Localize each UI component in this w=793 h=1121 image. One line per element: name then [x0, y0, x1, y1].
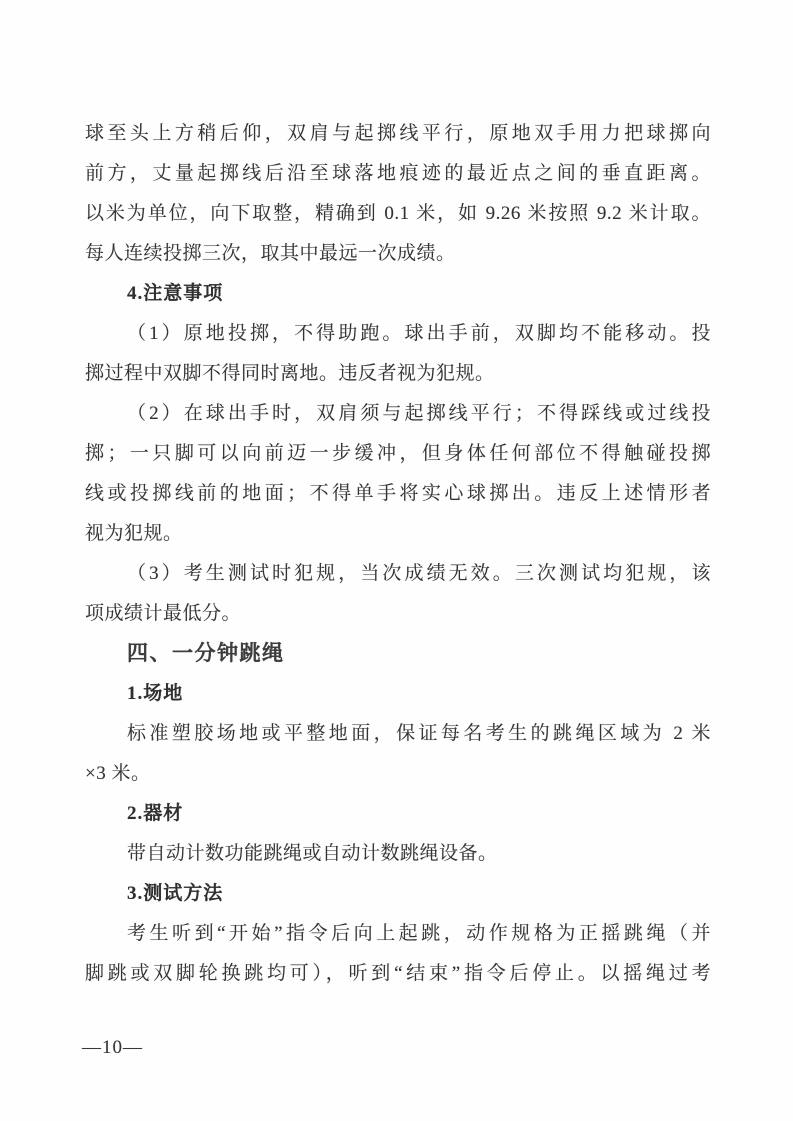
- text-line: 项成绩计最低分。: [85, 594, 711, 634]
- section-heading-line: 四、一分钟跳绳: [85, 634, 711, 674]
- text-line: 球至头上方稍后仰，双肩与起掷线平行，原地双手用力把球掷向: [85, 114, 711, 154]
- subheading-line: 3.测试方法: [85, 874, 711, 914]
- text-line: 掷过程中双脚不得同时离地。违反者视为犯规。: [85, 354, 711, 394]
- scanned-document-page: 球至头上方稍后仰，双肩与起掷线平行，原地双手用力把球掷向前方，丈量起掷线后沿至球…: [0, 0, 793, 1121]
- text-line: ×3 米。: [85, 754, 711, 794]
- subheading-line: 1.场地: [85, 674, 711, 714]
- text-line: （2）在球出手时，双肩须与起掷线平行；不得踩线或过线投: [85, 394, 711, 434]
- subheading-line: 4.注意事项: [85, 274, 711, 314]
- text-line: 线或投掷线前的地面；不得单手将实心球掷出。违反上述情形者: [85, 474, 711, 514]
- text-line: 掷；一只脚可以向前迈一步缓冲，但身体任何部位不得触碰投掷: [85, 434, 711, 474]
- subheading-line: 2.器材: [85, 794, 711, 834]
- text-line: （3）考生测试时犯规，当次成绩无效。三次测试均犯规，该: [85, 554, 711, 594]
- page-number: —10—: [82, 1032, 143, 1064]
- text-line: 脚跳或双脚轮换跳均可），听到“结束”指令后停止。以摇绳过考: [85, 954, 711, 994]
- document-text-block: 球至头上方稍后仰，双肩与起掷线平行，原地双手用力把球掷向前方，丈量起掷线后沿至球…: [85, 114, 711, 994]
- text-line: 带自动计数功能跳绳或自动计数跳绳设备。: [85, 834, 711, 874]
- text-line: （1）原地投掷，不得助跑。球出手前，双脚均不能移动。投: [85, 314, 711, 354]
- text-line: 视为犯规。: [85, 514, 711, 554]
- text-line: 以米为单位，向下取整，精确到 0.1 米，如 9.26 米按照 9.2 米计取。: [85, 194, 711, 234]
- text-line: 考生听到“开始”指令后向上起跳，动作规格为正摇跳绳（并: [85, 914, 711, 954]
- text-line: 每人连续投掷三次，取其中最远一次成绩。: [85, 234, 711, 274]
- text-line: 前方，丈量起掷线后沿至球落地痕迹的最近点之间的垂直距离。: [85, 154, 711, 194]
- text-line: 标准塑胶场地或平整地面，保证每名考生的跳绳区域为 2 米: [85, 714, 711, 754]
